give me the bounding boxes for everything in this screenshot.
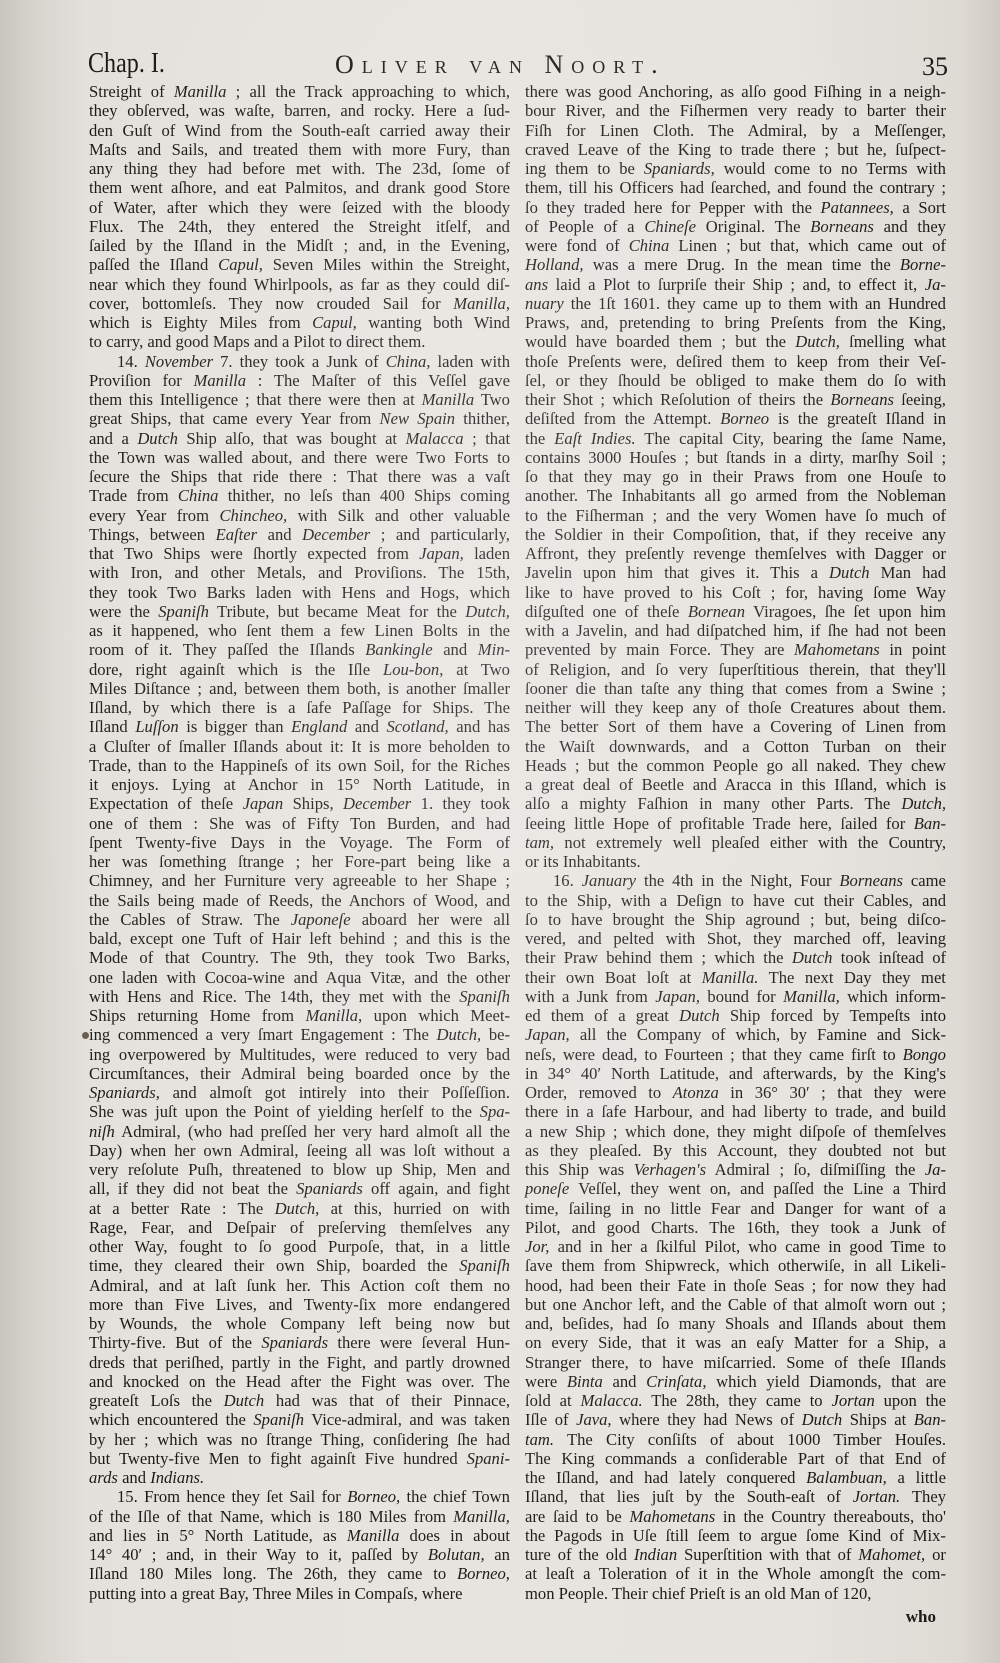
text-line: mon People. Their chief Prieſt is an old… [525,1584,946,1603]
text-line: Thirty-five. But of the Spaniards there … [89,1333,510,1352]
text-line: and, beſides, had ſo many Shoals and Iſl… [525,1314,946,1333]
text-line: Expectation of theſe Japan Ships, Decemb… [89,794,510,813]
text-line: with Hens and Rice. The 14th, they met w… [89,987,510,1006]
text-line: poneſe Veſſel, they went on, and paſſed … [525,1179,946,1198]
text-line: prevented by main Force. They are Mahome… [525,640,946,659]
text-line: their Shot ; which Reſolution of theirs … [525,390,946,409]
text-line: with Iron, and other Metals, and Proviſi… [89,563,510,582]
text-line: in 34° 40′ North Latitude, and afterward… [525,1064,946,1083]
text-line: ing overpowered by Multitudes, were redu… [89,1045,510,1064]
text-line: Japan, all the Company of which, by Fami… [525,1025,946,1044]
text-line: more than Five Lives, and Twenty-ſix mor… [89,1295,510,1314]
text-line: any thing they had before met with. The … [89,159,510,178]
text-line: that Two Ships were ſhortly expected fro… [89,544,510,563]
running-title: Oliver van Noort. [335,50,666,80]
text-line: time, ſailing in no little Fear and Dang… [525,1199,946,1218]
text-line: at a better Rate : The Dutch, at this, h… [89,1199,510,1218]
text-line: She was juſt upon the Point of yielding … [89,1102,510,1121]
text-line: as it happened, who ſent them a few Line… [89,621,510,640]
text-line: to carry, and good Maps and a Pilot to d… [89,332,510,351]
text-line: a Cluſter of ſmaller Iſlands about it: I… [89,737,510,756]
text-line: and knocked on the Head after the Fight … [89,1372,510,1391]
text-line: this Ship was Verhagen's Admiral ; ſo, d… [525,1160,946,1179]
text-line: paſſed the Iſland Capul, Seven Miles wit… [89,255,510,274]
text-line: the Cables of Straw. The Japoneſe aboard… [89,910,510,929]
text-line: ans laid a Plot to ſurpriſe their Ship ;… [525,275,946,294]
text-line: the Soldier in their Compoſition, that, … [525,525,946,544]
text-line: another. The Inhabitants all go armed fr… [525,486,946,505]
text-line: Proviſion for Manilla : The Maſter of th… [89,371,510,390]
text-line: Iſland Luſſon is bigger than England and… [89,717,510,736]
text-line: all, if they did not beat the Spaniards … [89,1179,510,1198]
text-line: but one Anchor left, and the Cable of th… [525,1295,946,1314]
text-line: were fond of China Linen ; but that, whi… [525,236,946,255]
text-line: their Praw behind them ; which the Dutch… [525,948,946,967]
text-line: at leaſt a Toleration of it in the Whole… [525,1564,946,1583]
text-line: 14° 40′ ; and, in their Way to it, paſſe… [89,1545,510,1564]
text-line: vered, and pelted with Shot, they marche… [525,929,946,948]
text-line: Things, between Eaſter and December ; an… [89,525,510,544]
text-line: hood, had been their Fate in thoſe Seas … [525,1276,946,1295]
text-line: ſecure the Ships that ride there : That … [89,467,510,486]
text-line: ſeeing little Hope of profitable Trade h… [525,814,946,833]
text-line: 14. November 7. they took a Junk of Chin… [89,352,510,371]
left-column: Streight of Manilla ; all the Track appr… [89,82,510,1603]
text-line: Order, removed to Atonza in 36° 30′ ; th… [525,1083,946,1102]
text-line: of Water, after which they were ſeized w… [89,198,510,217]
text-line: they obſerved, was waſte, barren, and ro… [89,101,510,120]
text-line: would have boarded them ; but the Dutch,… [525,332,946,351]
text-line: Chimney, and her Furniture very agreeabl… [89,871,510,890]
text-line: Heads ; but the common People go all nak… [525,756,946,775]
text-line: the Eaſt Indies. The capital City, beari… [525,429,946,448]
text-line: Trade, than to the Happineſs of its own … [89,756,510,775]
text-line: other Way, fought to ſo good Purpoſe, th… [89,1237,510,1256]
text-line: the Sails being made of Reeds, the Ancho… [89,891,510,910]
text-line: ards and Indians. [89,1468,510,1487]
text-line: were the Spaniſh Tribute, but became Mea… [89,602,510,621]
text-line: her was ſomething ſtrange ; her Fore-par… [89,852,510,871]
text-line: one of them : She was of Fifty Ton Burde… [89,814,510,833]
text-line: ing them to be Spaniards, would come to … [525,159,946,178]
text-line: Stranger there, to have miſcarried. Some… [525,1353,946,1372]
text-line: Mode of that Country. The 9th, they took… [89,948,510,967]
text-line: contains 3000 Houſes ; but ſtands in a d… [525,448,946,467]
text-line: it enjoys. Lying at Anchor in 15° North … [89,775,510,794]
text-line: deſiſted from the Attempt. Borneo is the… [525,409,946,428]
text-line: the Town was walled about, and there wer… [89,448,510,467]
text-line: dreds that periſhed, partly in the Fight… [89,1353,510,1372]
text-line: Day) when her own Admiral, ſeeing all wa… [89,1141,510,1160]
text-line: nuary the 1ſt 1601. they came up to them… [525,294,946,313]
text-line: room of it. They paſſed the Iſlands Bank… [89,640,510,659]
text-line: and a Dutch Ship alſo, that was bought a… [89,429,510,448]
text-line: them this Intelligence ; that there were… [89,390,510,409]
text-line: Streight of Manilla ; all the Track appr… [89,82,510,101]
text-line: ſel, or they ſhould be obliged to make t… [525,371,946,390]
text-line: thoſe Preſents were, deſired them to kee… [525,352,946,371]
text-line: bald, except one Tuft of Hair left behin… [89,929,510,948]
text-line: they took Two Barks laden with Hens and … [89,583,510,602]
text-line: Maſts and Sails, and treated them with m… [89,140,510,159]
text-line: time, they cleared their own Ship, board… [89,1256,510,1275]
text-line: ſold at Malacca. The 28th, they came to … [525,1391,946,1410]
text-line: tam. The City conſiſts of about 1000 Tim… [525,1430,946,1449]
text-line: a new Ship ; which done, they might diſp… [525,1122,946,1141]
text-line: alſo a mighty Faſhion in many other Part… [525,794,946,813]
text-line: and lies in 5° North Latitude, as Manill… [89,1526,510,1545]
catchword: who [906,1607,936,1627]
text-line: greateſt Loſs the Dutch had was that of … [89,1391,510,1410]
text-line: ſailed by the Iſland in the Midſt ; and,… [89,236,510,255]
text-line: but Twenty-five Men to fight againſt Fiv… [89,1449,510,1468]
right-column: there was good Anchoring, as alſo good F… [525,82,946,1603]
text-line: ing commenced a very ſmart Engagement : … [89,1025,510,1044]
text-line: ture of the old Indian Superſtition with… [525,1545,946,1564]
text-line: neither will they keep any of thoſe Crea… [525,698,946,717]
ink-spot [82,1032,89,1039]
text-line: Iſland, that lies juſt by the South-eaſt… [525,1487,946,1506]
text-line: ſpent Twenty-five Days in the Voyage. Th… [89,833,510,852]
text-line: of the Iſle of that Name, which is 180 M… [89,1507,510,1526]
text-line: or its Inhabitants. [525,852,946,871]
text-line: near which they found Whirlpools, as far… [89,275,510,294]
text-line: The better Sort of them have a Covering … [525,717,946,736]
text-line: Holland, was a mere Drug. In the mean ti… [525,255,946,274]
text-line: by her ; which was no ſtrange Thing, con… [89,1430,510,1449]
text-line: Javelin upon him that gives it. This a D… [525,563,946,582]
text-line: every Year from Chincheo, with Silk and … [89,506,510,525]
text-line: craved Leave of the King to trade there … [525,140,946,159]
text-line: with a Javelin, and had diſpatched him, … [525,621,946,640]
text-line: ſave them from Shipwreck, which otherwiſ… [525,1256,946,1275]
text-line: their own Boat loſt at Manilla. The next… [525,968,946,987]
text-line: very reſolute Puſh, threatened to blow u… [89,1160,510,1179]
text-line: are ſaid to be Mahometans in the Country… [525,1507,946,1526]
text-line: there was good Anchoring, as alſo good F… [525,82,946,101]
text-line: Trade from China thither, no leſs than 4… [89,486,510,505]
text-line: Iſland 180 Miles long. The 26th, they ca… [89,1564,510,1583]
text-line: them went aſhore, and eat Palmitos, and … [89,178,510,197]
text-line: to the Fiſherman ; and the very Women ha… [525,506,946,525]
text-line: Admiral, and at laſt ſunk her. This Acti… [89,1276,510,1295]
text-line: ed them of a great Dutch Ship forced by … [525,1006,946,1025]
page-number: 35 [922,52,948,82]
text-line: ſooner die than taſte any thing that com… [525,679,946,698]
text-line: like to have proved to his Coſt ; for, h… [525,583,946,602]
text-line: 15. From hence they ſet Sail for Borneo,… [89,1487,510,1506]
text-line: to the Ship, with a Deſign to have cut t… [525,891,946,910]
text-line: Rage, Fear, and Deſpair of preſerving th… [89,1218,510,1237]
text-line: Miles Diſtance ; and, between them both,… [89,679,510,698]
text-line: Flux. The 24th, they entered the Streigh… [89,217,510,236]
text-line: ſo that they may go in their Praws from … [525,467,946,486]
text-line: great Ships, that came every Year from N… [89,409,510,428]
text-line: 16. January the 4th in the Night, Four B… [525,871,946,890]
text-line: cover, bottomleſs. They now crouded Sail… [89,294,510,313]
text-line: which encountered the Spaniſh Vice-admir… [89,1410,510,1429]
text-line: there in a ſafe Harbour, and had liberty… [525,1102,946,1121]
text-line: with a Junk from Japan, bound for Manill… [525,987,946,1006]
text-line: which is Eighty Miles from Capul, wantin… [89,313,510,332]
text-line: diſguſted one of theſe Bornean Viragoes,… [525,602,946,621]
text-line: neſs, were dead, to Fourteen ; that they… [525,1045,946,1064]
text-line: ſo to have brought the Ship aground ; bu… [525,910,946,929]
text-line: of Religion, and ſo very ſuperſtitious t… [525,660,946,679]
text-line: the Pagods in Uſe ſtill ſeem to argue ſo… [525,1526,946,1545]
text-line: Iſle of Java, where they had News of Dut… [525,1410,946,1429]
text-line: The King commands a conſiderable Part of… [525,1449,946,1468]
text-line: of People of a Chineſe Original. The Bor… [525,217,946,236]
text-line: were Binta and Crinſata, which yield Dia… [525,1372,946,1391]
text-line: ſo they traded here for Pepper with the … [525,198,946,217]
text-line: Praws, and, pretending to bring Preſents… [525,313,946,332]
text-line: Circumſtances, their Admiral being board… [89,1064,510,1083]
text-line: putting into a great Bay, Three Miles in… [89,1584,510,1603]
text-line: bour River, and the Fiſhermen very ready… [525,101,946,120]
chapter-label: Chap. I. [88,48,165,80]
book-page: Chap. I. Oliver van Noort. 35 Streight o… [0,0,1000,1663]
text-line: as they pleaſed. By this Account, they d… [525,1141,946,1160]
text-line: Jor, and in her a ſkilful Pilot, who cam… [525,1237,946,1256]
text-line: the Iſland, and had lately conquered Bal… [525,1468,946,1487]
text-line: dore, right againſt which is the Iſle Lo… [89,660,510,679]
text-line: a great deal of Beetle and Aracca in thi… [525,775,946,794]
text-line: Affront, they preſently revenge themſelv… [525,544,946,563]
text-line: Fiſh for Linen Cloth. The Admiral, by a … [525,121,946,140]
text-line: by Wounds, the whole Company left being … [89,1314,510,1333]
text-line: Spaniards, and almoſt got intirely into … [89,1083,510,1102]
text-line: the Waiſt downwards, and a Cotton Turban… [525,737,946,756]
text-line: den Guſt of Wind from the South-eaſt car… [89,121,510,140]
text-line: Ships returning Home from Manilla, upon … [89,1006,510,1025]
text-line: niſh Admiral, (who had preſſed her very … [89,1122,510,1141]
text-line: them, till his Officers had ſearched, an… [525,178,946,197]
text-line: one laden with Cocoa-wine and Aqua Vitæ,… [89,968,510,987]
text-line: tam, not extremely well pleaſed either w… [525,833,946,852]
text-line: Iſland, by which there is a ſafe Paſſage… [89,698,510,717]
text-line: on every Side, that it was an eaſy Matte… [525,1333,946,1352]
text-line: Pilot, and good Charts. The 16th, they t… [525,1218,946,1237]
